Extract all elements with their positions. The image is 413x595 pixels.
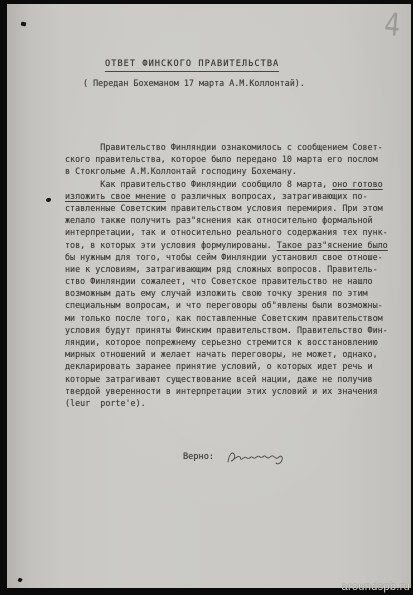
text-segment: (leur porte'e).	[65, 398, 146, 408]
document-line: ского правительства, которое было переда…	[65, 153, 395, 165]
document-line: интерпретации, так и относительно реальн…	[65, 226, 395, 238]
verno-label: Верно:	[183, 452, 214, 462]
watermark-label: aroundspb.ru	[342, 581, 410, 593]
underlined-text: оно готово	[332, 179, 382, 189]
text-segment: желало также получить раз"яснения как от…	[65, 215, 373, 225]
document-line: условия будут приняты Финским правительс…	[65, 324, 395, 336]
document-line: Как правительство Финляндии сообщило 8 м…	[65, 178, 395, 190]
text-segment: ставленные Советским правительством усло…	[65, 203, 383, 213]
text-segment: ми только после того, как поставленные С…	[65, 313, 383, 323]
text-segment: ского правительства, которое было переда…	[65, 154, 378, 164]
document-line: тов, в которых эти условия формулированы…	[65, 239, 395, 251]
text-segment: возможным дать ему случай изложить свою …	[65, 288, 368, 298]
paragraph: Как правительство Финляндии сообщило 8 м…	[65, 178, 395, 410]
paper-sheet: 4 ОТВЕТ ФИНСКОГО ПРАВИТЕЛЬСТВА ( Передан…	[7, 4, 411, 588]
document-line: в Стокгольме А.М.Коллонтай господину Бох…	[65, 165, 395, 177]
text-segment: мирных отношений и желает начать перегов…	[65, 349, 378, 359]
document-line: ми только после того, как поставленные С…	[65, 312, 395, 324]
text-segment: твердой уверенности в интерпретации этих…	[65, 386, 378, 396]
text-segment: интерпретации, так и относительно реальн…	[65, 227, 388, 237]
handwritten-signature-icon	[226, 448, 288, 468]
ink-speck	[46, 198, 52, 203]
document-line: твердой уверенности в интерпретации этих…	[65, 385, 395, 397]
document-line: ние к условиям, затрагивающим ряд сложны…	[65, 263, 395, 275]
document-subtitle: ( Передан Бохеманом 17 марта А.М.Коллонт…	[83, 78, 305, 88]
text-segment: ние к условиям, затрагивающим ряд сложны…	[65, 264, 378, 274]
document-body: Правительство Финляндии ознакомилось с с…	[65, 141, 395, 409]
text-segment: бы нужным для того, чтобы сейм Финляндии…	[65, 252, 383, 262]
ink-speck	[17, 577, 22, 582]
document-line: изложить свое мнение о различных вопроса…	[65, 190, 395, 202]
text-segment: которые затрагивают существование всей н…	[65, 374, 373, 384]
document-title: ОТВЕТ ФИНСКОГО ПРАВИТЕЛЬСТВА	[105, 59, 279, 72]
document-line: ставленные Советским правительством усло…	[65, 202, 395, 214]
document-line: специальным вопросам, и что переговоры о…	[65, 299, 395, 311]
paragraph: Правительство Финляндии ознакомилось с с…	[65, 141, 395, 178]
scanned-document-page: 4 ОТВЕТ ФИНСКОГО ПРАВИТЕЛЬСТВА ( Передан…	[0, 0, 413, 595]
document-line: мирных отношений и желает начать перегов…	[65, 348, 395, 360]
text-segment: о различных вопросах, затрагивающих по-	[166, 191, 368, 201]
certification-row: Верно:	[183, 452, 286, 478]
ink-speck	[21, 22, 27, 27]
document-line: ляндии, которое попрежнему серьезно стре…	[65, 336, 395, 348]
document-line: бы нужным для того, чтобы сейм Финляндии…	[65, 251, 395, 263]
text-segment: тов, в которых эти условия формулированы…	[65, 240, 277, 250]
document-line: ство Финляндии сожалеет, что Советское п…	[65, 275, 395, 287]
document-line: декларировать заранее принятие условий, …	[65, 360, 395, 372]
text-segment: специальным вопросам, и что переговоры о…	[65, 300, 383, 310]
document-line: желало также получить раз"яснения как от…	[65, 214, 395, 226]
text-segment: условия будут приняты Финским правительс…	[65, 325, 388, 335]
text-segment: ляндии, которое попрежнему серьезно стре…	[65, 337, 378, 347]
text-segment: в Стокгольме А.М.Коллонтай господину Бох…	[65, 166, 297, 176]
text-segment: Правительство Финляндии ознакомилось с с…	[65, 142, 383, 152]
document-line: которые затрагивают существование всей н…	[65, 373, 395, 385]
text-segment: Как правительство Финляндии сообщило 8 м…	[65, 179, 332, 189]
document-line: (leur porte'e).	[65, 397, 395, 409]
text-segment: декларировать заранее принятие условий, …	[65, 361, 373, 371]
underlined-text: Такое раз"яснение было	[277, 240, 388, 250]
document-line: возможным дать ему случай изложить свою …	[65, 287, 395, 299]
text-segment: ство Финляндии сожалеет, что Советское п…	[65, 276, 373, 286]
underlined-text: изложить свое мнение	[65, 191, 166, 201]
pencil-page-number: 4	[383, 6, 402, 43]
document-line: Правительство Финляндии ознакомилось с с…	[65, 141, 395, 153]
